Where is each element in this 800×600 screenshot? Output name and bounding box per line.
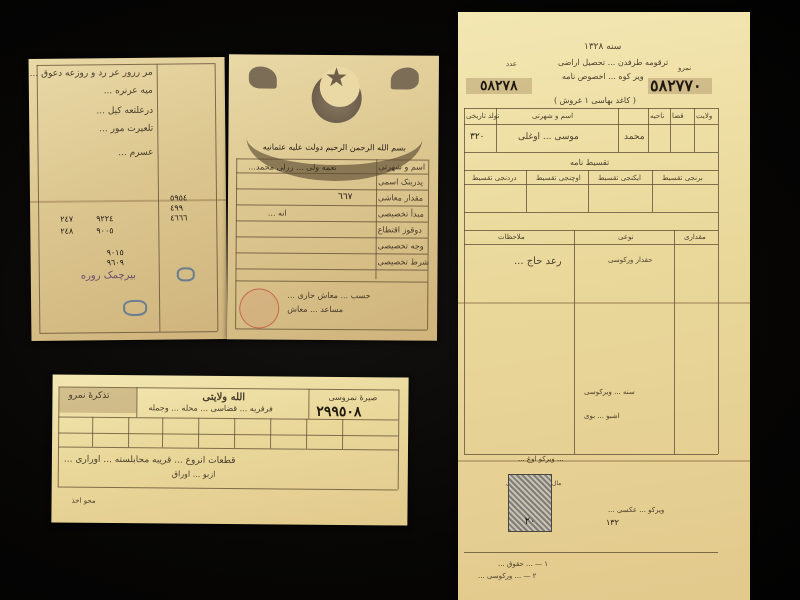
row-line bbox=[464, 124, 718, 125]
column-header: ناحيه bbox=[650, 112, 664, 120]
column-divider bbox=[674, 230, 675, 454]
column-value: ٢٤٧ bbox=[60, 215, 73, 224]
fold-crease bbox=[458, 460, 750, 462]
section-title: تقسيط نامه bbox=[570, 158, 609, 167]
emblem-card: ★ ﺑﺴﻢ ﺍﻟﻠﻪ ﺍﻟﺮﺣﻤﻦ ﺍﻟﺮﺣﻴﻢ ﺩﻭﻟﺖ ﻋﻠﻴﻪ ﻋﺜﻤﺎﻧ… bbox=[227, 54, 439, 340]
row-line bbox=[464, 170, 718, 171]
footnote-marker: ١ — bbox=[535, 560, 548, 568]
bottom-column-header: مقداری bbox=[684, 233, 706, 241]
right-number-label: نمرو bbox=[678, 64, 691, 72]
border-line bbox=[58, 486, 398, 490]
fold-crease bbox=[30, 199, 226, 203]
column-divider bbox=[162, 417, 163, 447]
column-divider bbox=[128, 417, 129, 447]
stamp-value: ٢٠ bbox=[509, 516, 551, 527]
column-header: قضا bbox=[672, 112, 684, 120]
column-divider bbox=[670, 108, 671, 152]
border-line bbox=[37, 63, 215, 66]
tall-installment-form: سنه ١٣٢٨ ترقومه طرفدن ... تحصيل اراضی وي… bbox=[458, 12, 750, 600]
column-divider bbox=[270, 418, 271, 448]
row-line bbox=[464, 552, 718, 553]
right-number: ٥٨٢٧٧٠ bbox=[650, 76, 702, 95]
border-line bbox=[398, 389, 400, 489]
row-line bbox=[236, 220, 428, 222]
red-seal bbox=[239, 288, 279, 328]
column-divider bbox=[92, 417, 93, 447]
column-divider bbox=[526, 170, 527, 212]
column-divider bbox=[306, 419, 307, 449]
installment-header: اوچنجی تقسيط bbox=[536, 174, 581, 182]
column-header: تولد تاريخی bbox=[466, 112, 499, 120]
birth-year: ٣٢٠ bbox=[470, 132, 485, 142]
ledger-number: ٥٩٥٤ bbox=[170, 193, 187, 202]
bottom-column-header: ملاحظات bbox=[498, 233, 525, 241]
installment-header: دردنجی تقسيط bbox=[472, 174, 517, 182]
column-divider bbox=[136, 387, 137, 417]
border-line bbox=[718, 108, 719, 454]
blue-ink-mark bbox=[123, 300, 147, 316]
ribbon-inscription: ﺑﺴﻢ ﺍﻟﻠﻪ ﺍﻟﺮﺣﻤﻦ ﺍﻟﺮﺣﻴﻢ ﺩﻭﻟﺖ ﻋﻠﻴﻪ ﻋﺜﻤﺎﻧﻴﻪ bbox=[250, 142, 418, 152]
installment-header: ایکنجی تقسيط bbox=[598, 174, 641, 182]
column-divider bbox=[588, 170, 589, 212]
revenue-stamp: ٢٠ bbox=[508, 474, 552, 532]
receipt-left-header: تذكرهٔ نمرو bbox=[68, 391, 109, 401]
border-line bbox=[427, 160, 429, 330]
border-line bbox=[235, 158, 237, 328]
column-divider bbox=[157, 64, 161, 332]
field-label: مبدأ تخصیصی bbox=[378, 209, 424, 218]
flag-ornament bbox=[391, 67, 419, 89]
row-line bbox=[236, 188, 428, 190]
left-number: ٥٨٢٧٨ bbox=[480, 78, 518, 94]
border-line bbox=[235, 328, 427, 330]
field-label: مقدار معاشی bbox=[378, 193, 423, 202]
column-divider bbox=[648, 108, 649, 152]
date-line: ١٣٢ bbox=[606, 518, 619, 527]
column-header: اسم و شهرتی bbox=[532, 112, 573, 120]
field-label: پدرینک اسمی bbox=[378, 177, 423, 186]
row-line bbox=[235, 268, 427, 270]
column-divider bbox=[652, 170, 653, 212]
subtitle: ( کاغد بهاسی ١ غروش ) bbox=[554, 96, 636, 105]
column-divider bbox=[574, 230, 575, 454]
row-line bbox=[236, 252, 428, 254]
field-label: وجه تخصیصی bbox=[378, 241, 424, 250]
column-divider bbox=[234, 418, 235, 448]
flag-ornament bbox=[249, 66, 277, 88]
row-line bbox=[236, 204, 428, 206]
footnote-marker: ٢ — bbox=[523, 572, 536, 580]
row-line bbox=[464, 152, 718, 153]
row-line bbox=[464, 244, 718, 245]
field-label: اسم و شهرتی bbox=[378, 162, 425, 171]
bottom-number: ٩٦٠٩ bbox=[107, 258, 124, 267]
receipt-slip: تذكرهٔ نمرو الله ولايتی فرقریه ... قضاسی… bbox=[51, 374, 408, 525]
column-value: ٩٠٠٥ bbox=[96, 226, 113, 235]
row-line bbox=[464, 108, 718, 109]
border-line bbox=[215, 63, 219, 331]
left-record-card: مر ررور عر رد و روزعه دعوق ... ميه عرنره… bbox=[29, 57, 228, 341]
column-divider bbox=[308, 389, 309, 419]
column-divider bbox=[342, 419, 343, 449]
field-label: دوقوز اقتطاع bbox=[378, 225, 422, 234]
row-line bbox=[464, 230, 718, 231]
serial-label: صيرهٔ نمروسی bbox=[328, 393, 377, 402]
column-value: ٩٢٢٤ bbox=[96, 214, 113, 223]
row-line bbox=[464, 454, 718, 455]
border-line bbox=[37, 65, 41, 333]
column-value: ٢٤٨ bbox=[60, 227, 73, 236]
bottom-number: ٩٠١٥ bbox=[107, 248, 124, 257]
ledger-number: ٤٦٦٦ bbox=[170, 213, 187, 222]
year-label: سنه ١٣٢٨ bbox=[584, 42, 621, 52]
row-line bbox=[235, 280, 427, 282]
border-line bbox=[39, 331, 217, 334]
receipt-title: الله ولايتی bbox=[202, 392, 245, 403]
row-line bbox=[58, 446, 398, 450]
salary-number: ٦٦٧ bbox=[338, 192, 353, 202]
field-label: شرط تخصیصی bbox=[378, 257, 429, 266]
column-divider bbox=[694, 108, 695, 152]
left-number-label: عدد bbox=[506, 60, 517, 68]
row-name: محمد bbox=[624, 132, 645, 142]
bottom-column-header: نوعی bbox=[618, 233, 634, 241]
row-line bbox=[464, 184, 718, 185]
column-header: ولايت bbox=[696, 112, 712, 120]
column-divider bbox=[618, 108, 619, 152]
row-line bbox=[58, 432, 398, 436]
border-line bbox=[464, 108, 465, 454]
receipt-footer: محو اخذ bbox=[72, 497, 96, 505]
ledger-number: ٤٩٩ bbox=[170, 203, 183, 212]
serial-number: ٢٩٩٥٠٨ bbox=[316, 404, 361, 420]
row-line bbox=[464, 212, 718, 213]
fold-crease bbox=[458, 302, 750, 304]
installment-header: برنجی تقسيط bbox=[662, 174, 703, 182]
column-divider bbox=[198, 418, 199, 448]
star-icon: ★ bbox=[325, 65, 348, 91]
row-line bbox=[236, 236, 428, 238]
blue-ink-mark bbox=[177, 267, 195, 281]
